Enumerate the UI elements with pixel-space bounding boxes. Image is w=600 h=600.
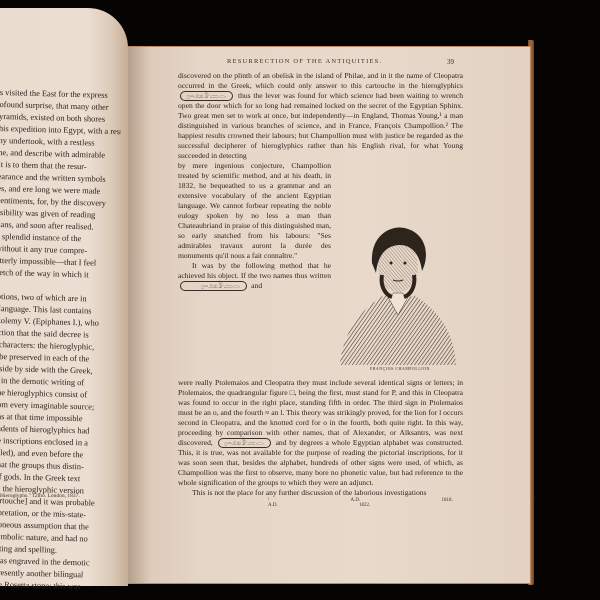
column-text-2: It was by the following method that he a… <box>178 261 331 291</box>
paragraph-text: discovered on the plinth of an obelisk i… <box>178 71 463 90</box>
hieroglyph-cartouche: 𓊪𓏏𓃭𓅱𓐝𓂋 <box>180 281 247 291</box>
portrait-caption: FRANÇOIS CHAMPOLLION. <box>370 366 431 371</box>
column-paragraph: It was by the following method that he a… <box>178 261 331 280</box>
left-page-text: s visited the East for the expressofound… <box>0 87 122 594</box>
champollion-portrait-engraving <box>336 215 460 373</box>
lower-paragraph: were really Ptolemaios and Cleopatra the… <box>178 378 463 498</box>
footnotes: ¹ A.D. 1818. ² A.D. 1822. <box>268 498 600 508</box>
last-line: This is not the place for any further di… <box>178 488 463 498</box>
paragraph-text: thus the lever was found for which scien… <box>178 91 463 160</box>
hieroglyph-cartouche: 𓊪𓏏𓃭𓅱𓐝𓂋 <box>218 438 271 448</box>
column-paragraph: by mere ingenious conjecture, Champollio… <box>178 161 331 260</box>
running-head: RESURRECTION OF THE ANTIQUITIES. <box>227 58 382 65</box>
column-paragraph: and <box>251 281 262 290</box>
hieroglyph-cartouche: 𓊪𓏏𓃭𓅱𓐝𓂋 <box>180 91 233 101</box>
column-text: by mere ingenious conjecture, Champollio… <box>178 161 331 261</box>
left-page-line: r the Rosetta stone; this was <box>0 579 109 594</box>
book-photo: RESURRECTION OF THE ANTIQUITIES. 39 disc… <box>0 0 600 600</box>
page-number: 39 <box>447 58 454 66</box>
left-page-footnote: Hieroglyphs." 12mo. London, 1837. <box>0 493 80 499</box>
